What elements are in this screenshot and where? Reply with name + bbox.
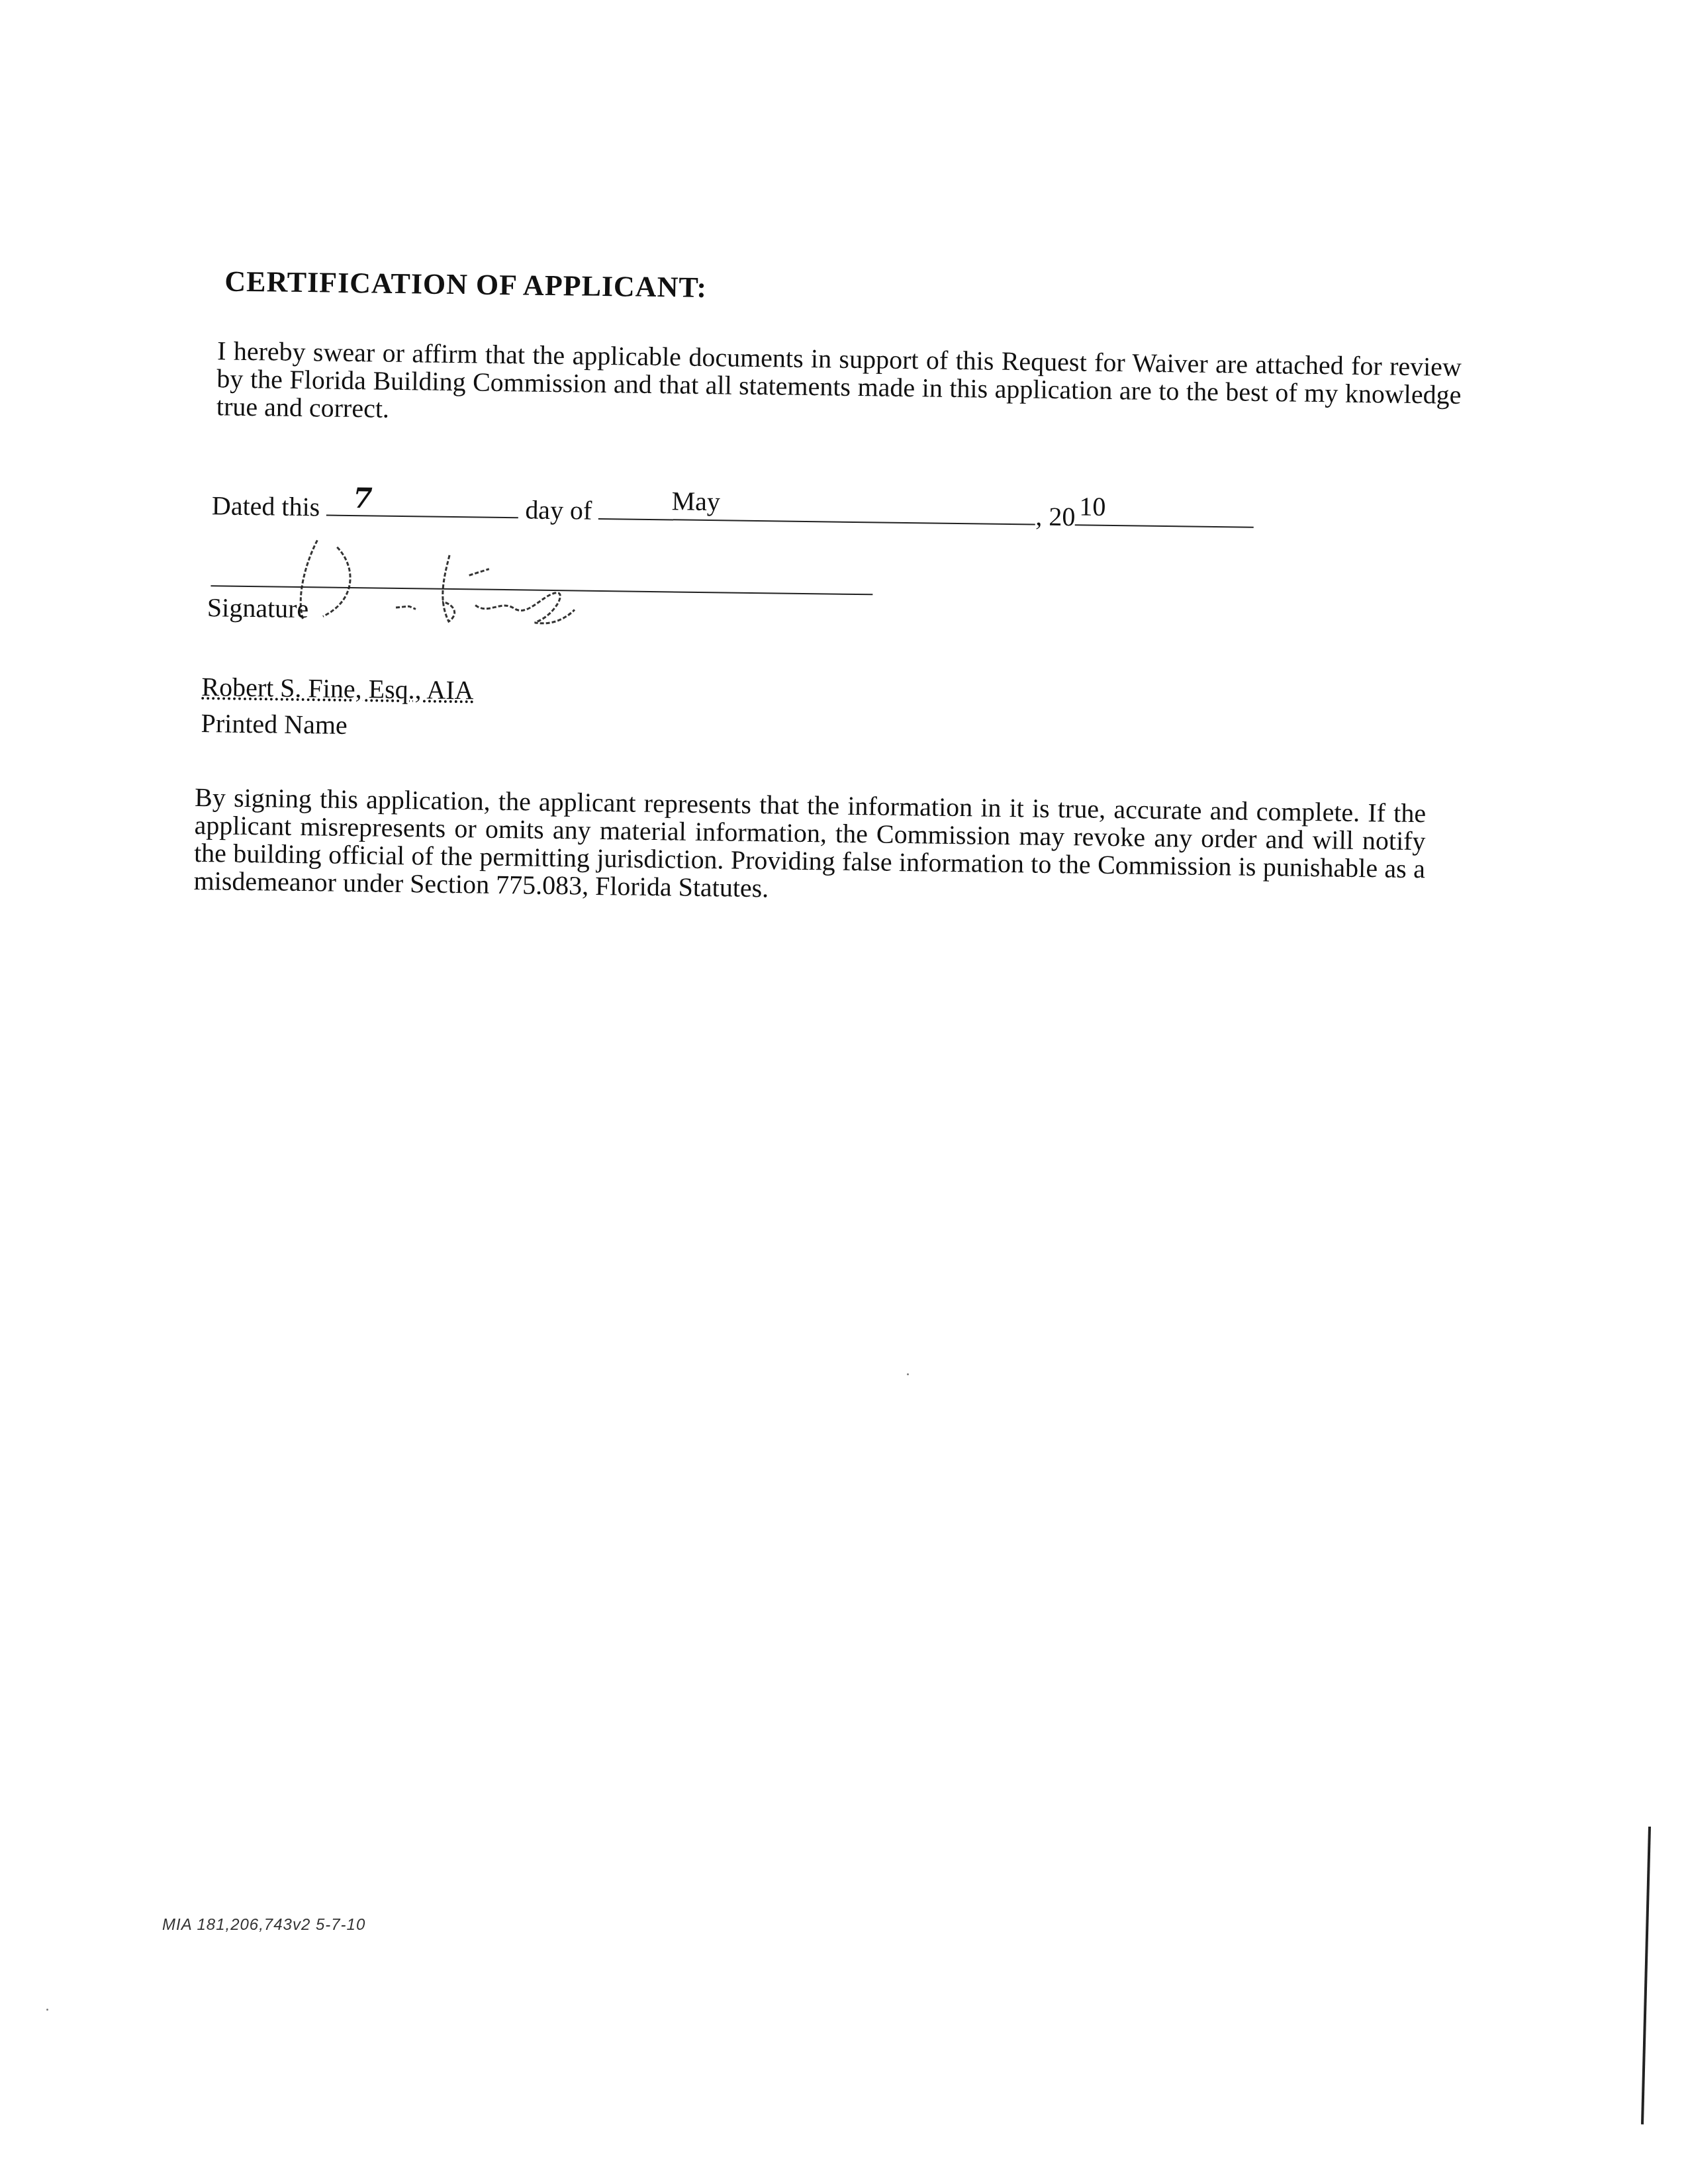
month-field: May — [598, 494, 1035, 525]
disclaimer-paragraph: By signing this application, the applica… — [193, 784, 1426, 911]
printed-name-value: Robert S. Fine, Esq., AIA — [201, 671, 474, 705]
document-footer-code: MIA 181,206,743v2 5-7-10 — [162, 1916, 365, 1934]
scan-speck — [46, 2009, 48, 2011]
day-value: 7 — [353, 482, 373, 514]
scan-edge-line — [1641, 1827, 1651, 2124]
year-value: 10 — [1079, 490, 1106, 522]
year-prefix: , 20 — [1035, 502, 1076, 532]
day-field: 7 — [326, 491, 518, 519]
dated-prefix: Dated this — [212, 490, 320, 522]
printed-name-label: Printed Name — [201, 707, 348, 741]
certification-paragraph: I hereby swear or affirm that the applic… — [216, 337, 1462, 437]
signature-label: Signature — [207, 592, 309, 624]
document-body: CERTIFICATION OF APPLICANT: I hereby swe… — [0, 0, 1688, 1015]
day-of-label: day of — [525, 494, 592, 525]
year-field: 10 — [1075, 500, 1254, 528]
handwritten-signature — [277, 527, 688, 631]
scan-speck — [907, 1373, 909, 1375]
month-value: May — [671, 485, 720, 517]
section-heading: CERTIFICATION OF APPLICANT: — [224, 264, 707, 304]
document-page: CERTIFICATION OF APPLICANT: I hereby swe… — [0, 0, 1688, 2184]
